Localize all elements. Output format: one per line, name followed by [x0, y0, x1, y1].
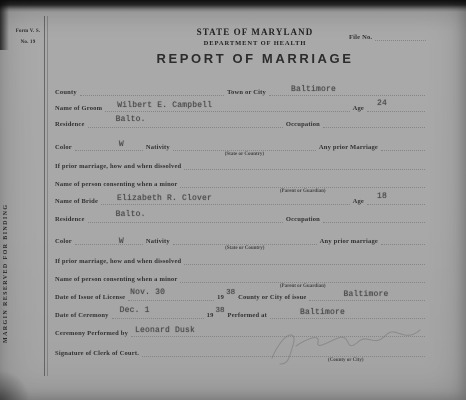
bride-residence-line: Balto.	[88, 213, 283, 223]
groom-color-value: W	[119, 141, 124, 149]
groom-age-label: Age	[353, 106, 364, 113]
bride-occupation-label: Occupation	[286, 217, 320, 224]
row-groom-consent: Name of person consenting when a minor (…	[55, 176, 428, 188]
performed-at-value: Baltimore	[300, 309, 345, 317]
groom-consent-line: (Parent or Guardian)	[180, 178, 425, 188]
document-title: REPORT OF MARRIAGE	[110, 51, 400, 66]
license-issue-year: 38	[226, 290, 235, 298]
groom-residence-line: Balto.	[88, 118, 283, 128]
performer-label: Ceremony Performed by	[55, 331, 128, 338]
groom-residence-value: Balto.	[116, 116, 146, 124]
bride-age-line: 18	[367, 195, 425, 205]
file-no-line	[375, 31, 426, 41]
file-no-field: File No.	[349, 31, 429, 41]
performer-value: Leonard Dusk	[135, 327, 195, 335]
bride-color-line: W	[75, 235, 143, 245]
binding-rule-outer	[44, 16, 45, 376]
groom-nativity-note: (State or Country)	[225, 152, 264, 157]
bride-residence-value: Balto.	[116, 211, 146, 219]
bride-prior-marriage-label: Any prior marriage	[320, 239, 378, 246]
bride-age-label: Age	[353, 199, 364, 206]
license-issue-line: Nov. 30	[128, 291, 214, 301]
report-of-marriage-document: Form V. S. No. 19 MARGIN RESERVED FOR BI…	[0, 0, 466, 400]
groom-consent-label: Name of person consenting when a minor	[55, 182, 177, 189]
row-bride-consent: Name of person consenting when a minor (…	[55, 271, 428, 283]
row-bride-name: Name of Bride Elizabeth R. Clover Age 18	[55, 193, 428, 205]
binding-rule-inner	[47, 16, 48, 376]
town-city-label: Town or City	[227, 90, 266, 97]
ceremony-year: 38	[216, 308, 225, 316]
groom-name-label: Name of Groom	[55, 106, 102, 113]
row-bride-residence: Residence Balto. Occupation	[55, 211, 428, 223]
scan-edge-left	[0, 0, 9, 50]
groom-prior-marriage-label: Any prior Marriage	[319, 145, 378, 152]
groom-name-line: Wilbert E. Campbell	[105, 102, 349, 112]
bride-color-value: W	[119, 238, 124, 246]
county-label: County	[55, 90, 77, 97]
groom-occupation-label: Occupation	[286, 122, 320, 129]
scan-edge-bottom-left	[0, 370, 30, 400]
groom-dissolved-label: If prior marriage, how and when dissolve…	[55, 164, 181, 171]
row-groom-residence: Residence Balto. Occupation	[55, 116, 428, 128]
town-city-line: Baltimore	[269, 86, 425, 96]
groom-residence-label: Residence	[55, 122, 85, 129]
bride-dissolved-line	[184, 255, 425, 265]
form-number-line2: No. 19	[11, 38, 45, 49]
ceremony-date-label: Date of Ceremony	[55, 313, 109, 320]
bride-prior-marriage-line	[381, 235, 425, 245]
license-issue-place-line: Baltimore	[309, 291, 425, 301]
groom-nativity-label: Nativity	[146, 145, 170, 152]
bride-occupation-line	[323, 213, 425, 223]
row-county: County Town or City Baltimore	[55, 84, 428, 96]
license-issue-date: Nov. 30	[130, 289, 165, 297]
form-number: Form V. S. No. 19	[11, 27, 45, 48]
row-bride-color: Color W Nativity (State or Country) Any …	[55, 233, 428, 245]
groom-age-line: 24	[367, 102, 425, 112]
department-heading: DEPARTMENT OF HEALTH	[110, 40, 400, 47]
bride-name-line: Elizabeth R. Clover	[101, 195, 350, 205]
license-issue-place-label: County or City of issue	[238, 295, 306, 302]
bride-name-label: Name of Bride	[55, 199, 98, 206]
row-groom-dissolved: If prior marriage, how and when dissolve…	[55, 158, 428, 170]
groom-color-line: W	[75, 141, 143, 151]
ceremony-century-label: 19	[207, 313, 214, 320]
groom-dissolved-line	[184, 160, 425, 170]
row-groom-color: Color W Nativity (State or Country) Any …	[55, 139, 428, 151]
scan-edge-top	[0, 0, 466, 12]
bride-age-value: 18	[377, 193, 387, 201]
groom-occupation-line	[323, 118, 425, 128]
row-license-issue: Date of Issue of License Nov. 30 19 38 C…	[55, 289, 428, 301]
bride-nativity-line: (State or Country)	[173, 235, 317, 245]
file-no-label: File No.	[349, 35, 372, 42]
bride-dissolved-label: If prior marriage, how and when dissolve…	[55, 259, 181, 266]
groom-name-value: Wilbert E. Campbell	[117, 102, 212, 110]
groom-color-label: Color	[55, 145, 72, 152]
clerk-signature-label: Signature of Clerk of Court.	[55, 351, 139, 358]
margin-binding-note: MARGIN RESERVED FOR BINDING	[3, 128, 9, 343]
bride-residence-label: Residence	[55, 217, 85, 224]
bride-nativity-label: Nativity	[146, 239, 170, 246]
groom-age-value: 24	[377, 100, 387, 108]
license-issue-label: Date of Issue of License	[55, 295, 125, 302]
clerk-signature	[262, 318, 432, 366]
county-line	[80, 86, 224, 96]
bride-name-value: Elizabeth R. Clover	[117, 195, 212, 203]
form-number-line1: Form V. S.	[11, 27, 45, 38]
license-century-label: 19	[217, 295, 224, 302]
license-issue-place-value: Baltimore	[343, 291, 388, 299]
row-bride-dissolved: If prior marriage, how and when dissolve…	[55, 253, 428, 265]
bride-consent-line: (Parent or Guardian)	[180, 273, 425, 283]
bride-nativity-note: (State or Country)	[225, 246, 264, 251]
ceremony-date-value: Dec. 1	[120, 307, 150, 315]
bride-color-label: Color	[55, 239, 72, 246]
town-city-value: Baltimore	[291, 86, 336, 94]
groom-nativity-line: (State or Country)	[173, 141, 316, 151]
row-groom-name: Name of Groom Wilbert E. Campbell Age 24	[55, 100, 428, 112]
ceremony-date-line: Dec. 1	[112, 309, 204, 319]
bride-consent-label: Name of person consenting when a minor	[55, 277, 177, 284]
groom-prior-marriage-line	[381, 141, 425, 151]
